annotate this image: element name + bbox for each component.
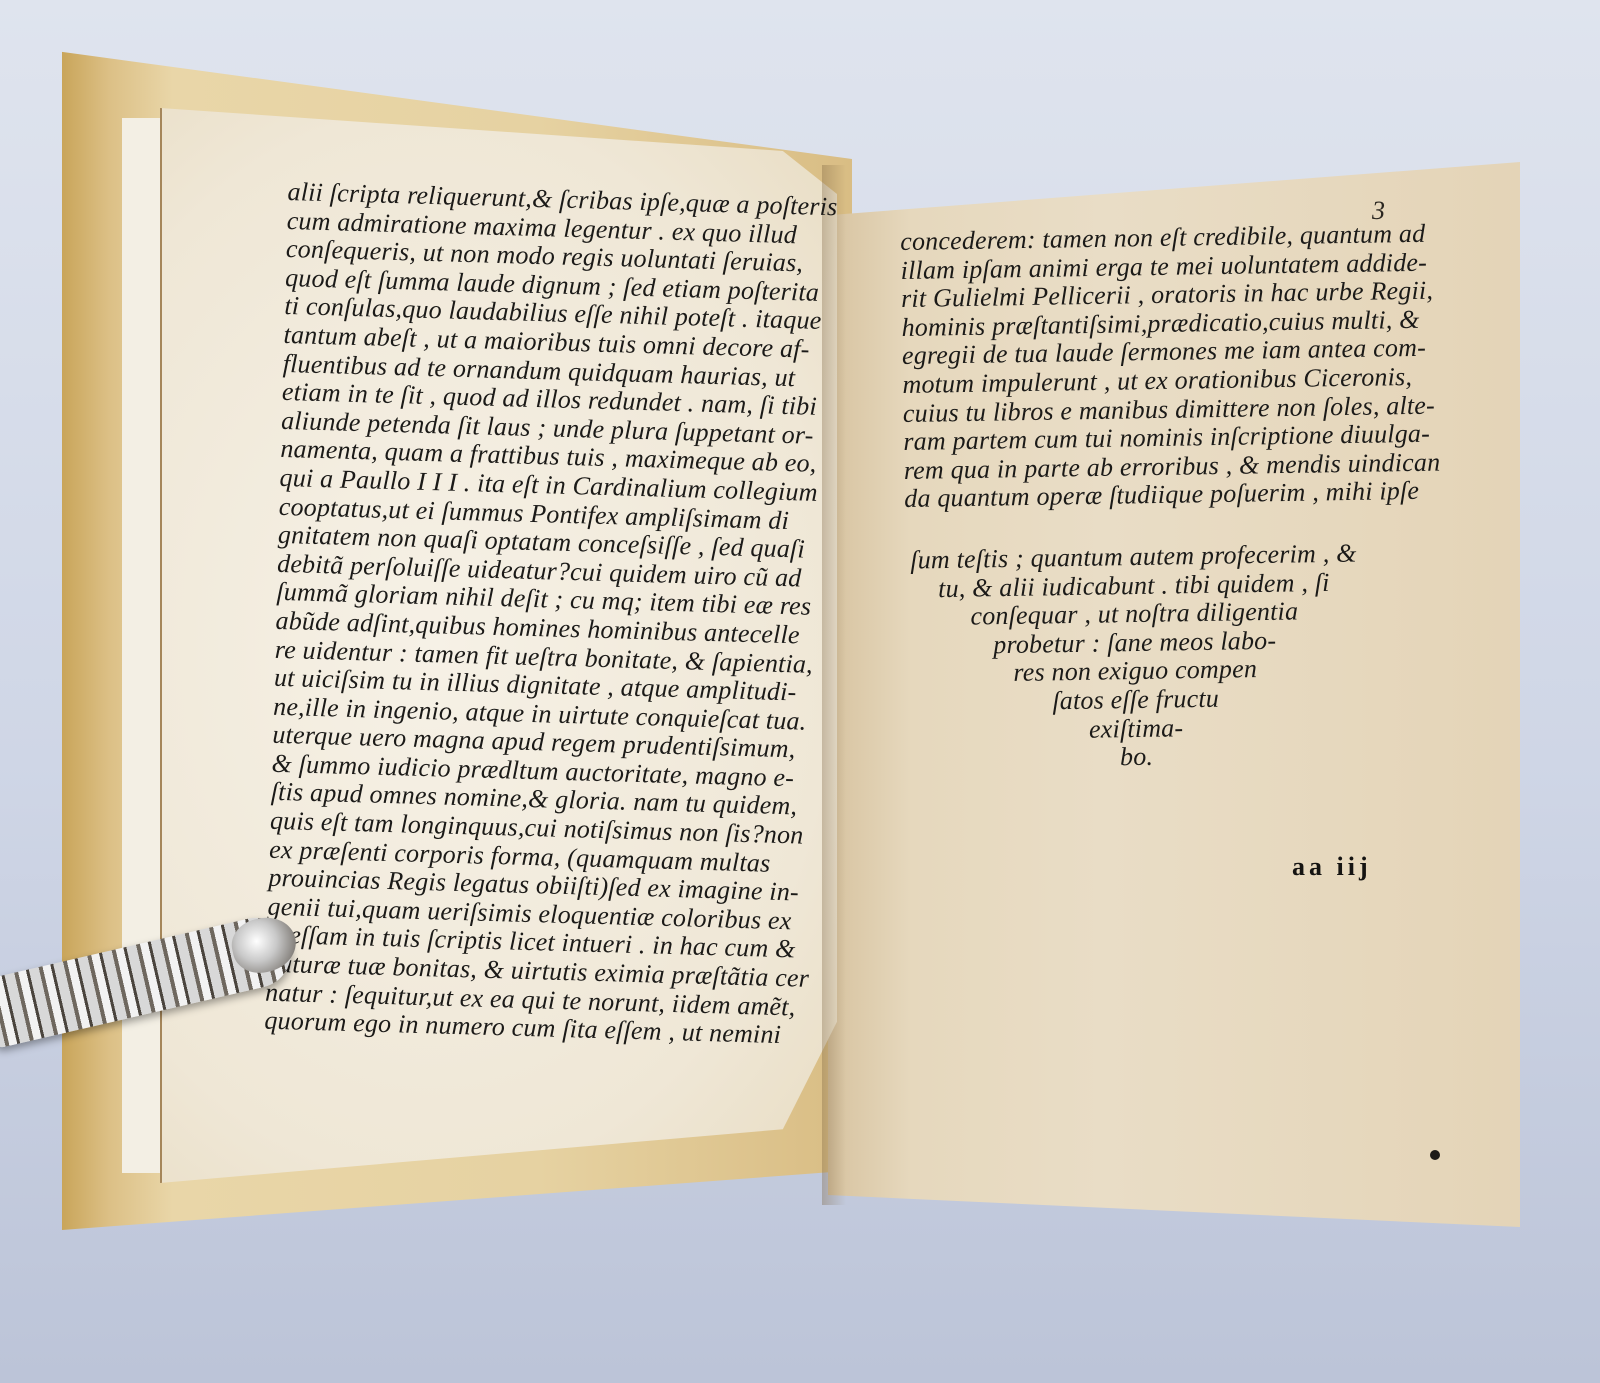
right-page-text: concederem: tamen non eſt credibile, qua… xyxy=(900,220,1441,514)
signature-mark: aa iij xyxy=(1292,852,1372,882)
book-photo: alii ſcripta reliquerunt,& ſcribas ipſe,… xyxy=(0,0,1600,1383)
left-page-text: alii ſcripta reliquerunt,& ſcribas ipſe,… xyxy=(264,178,838,1051)
ink-spot xyxy=(1430,1150,1440,1160)
right-page-tail: ſum teſtis ; quantum autem profecerim , … xyxy=(898,539,1372,775)
